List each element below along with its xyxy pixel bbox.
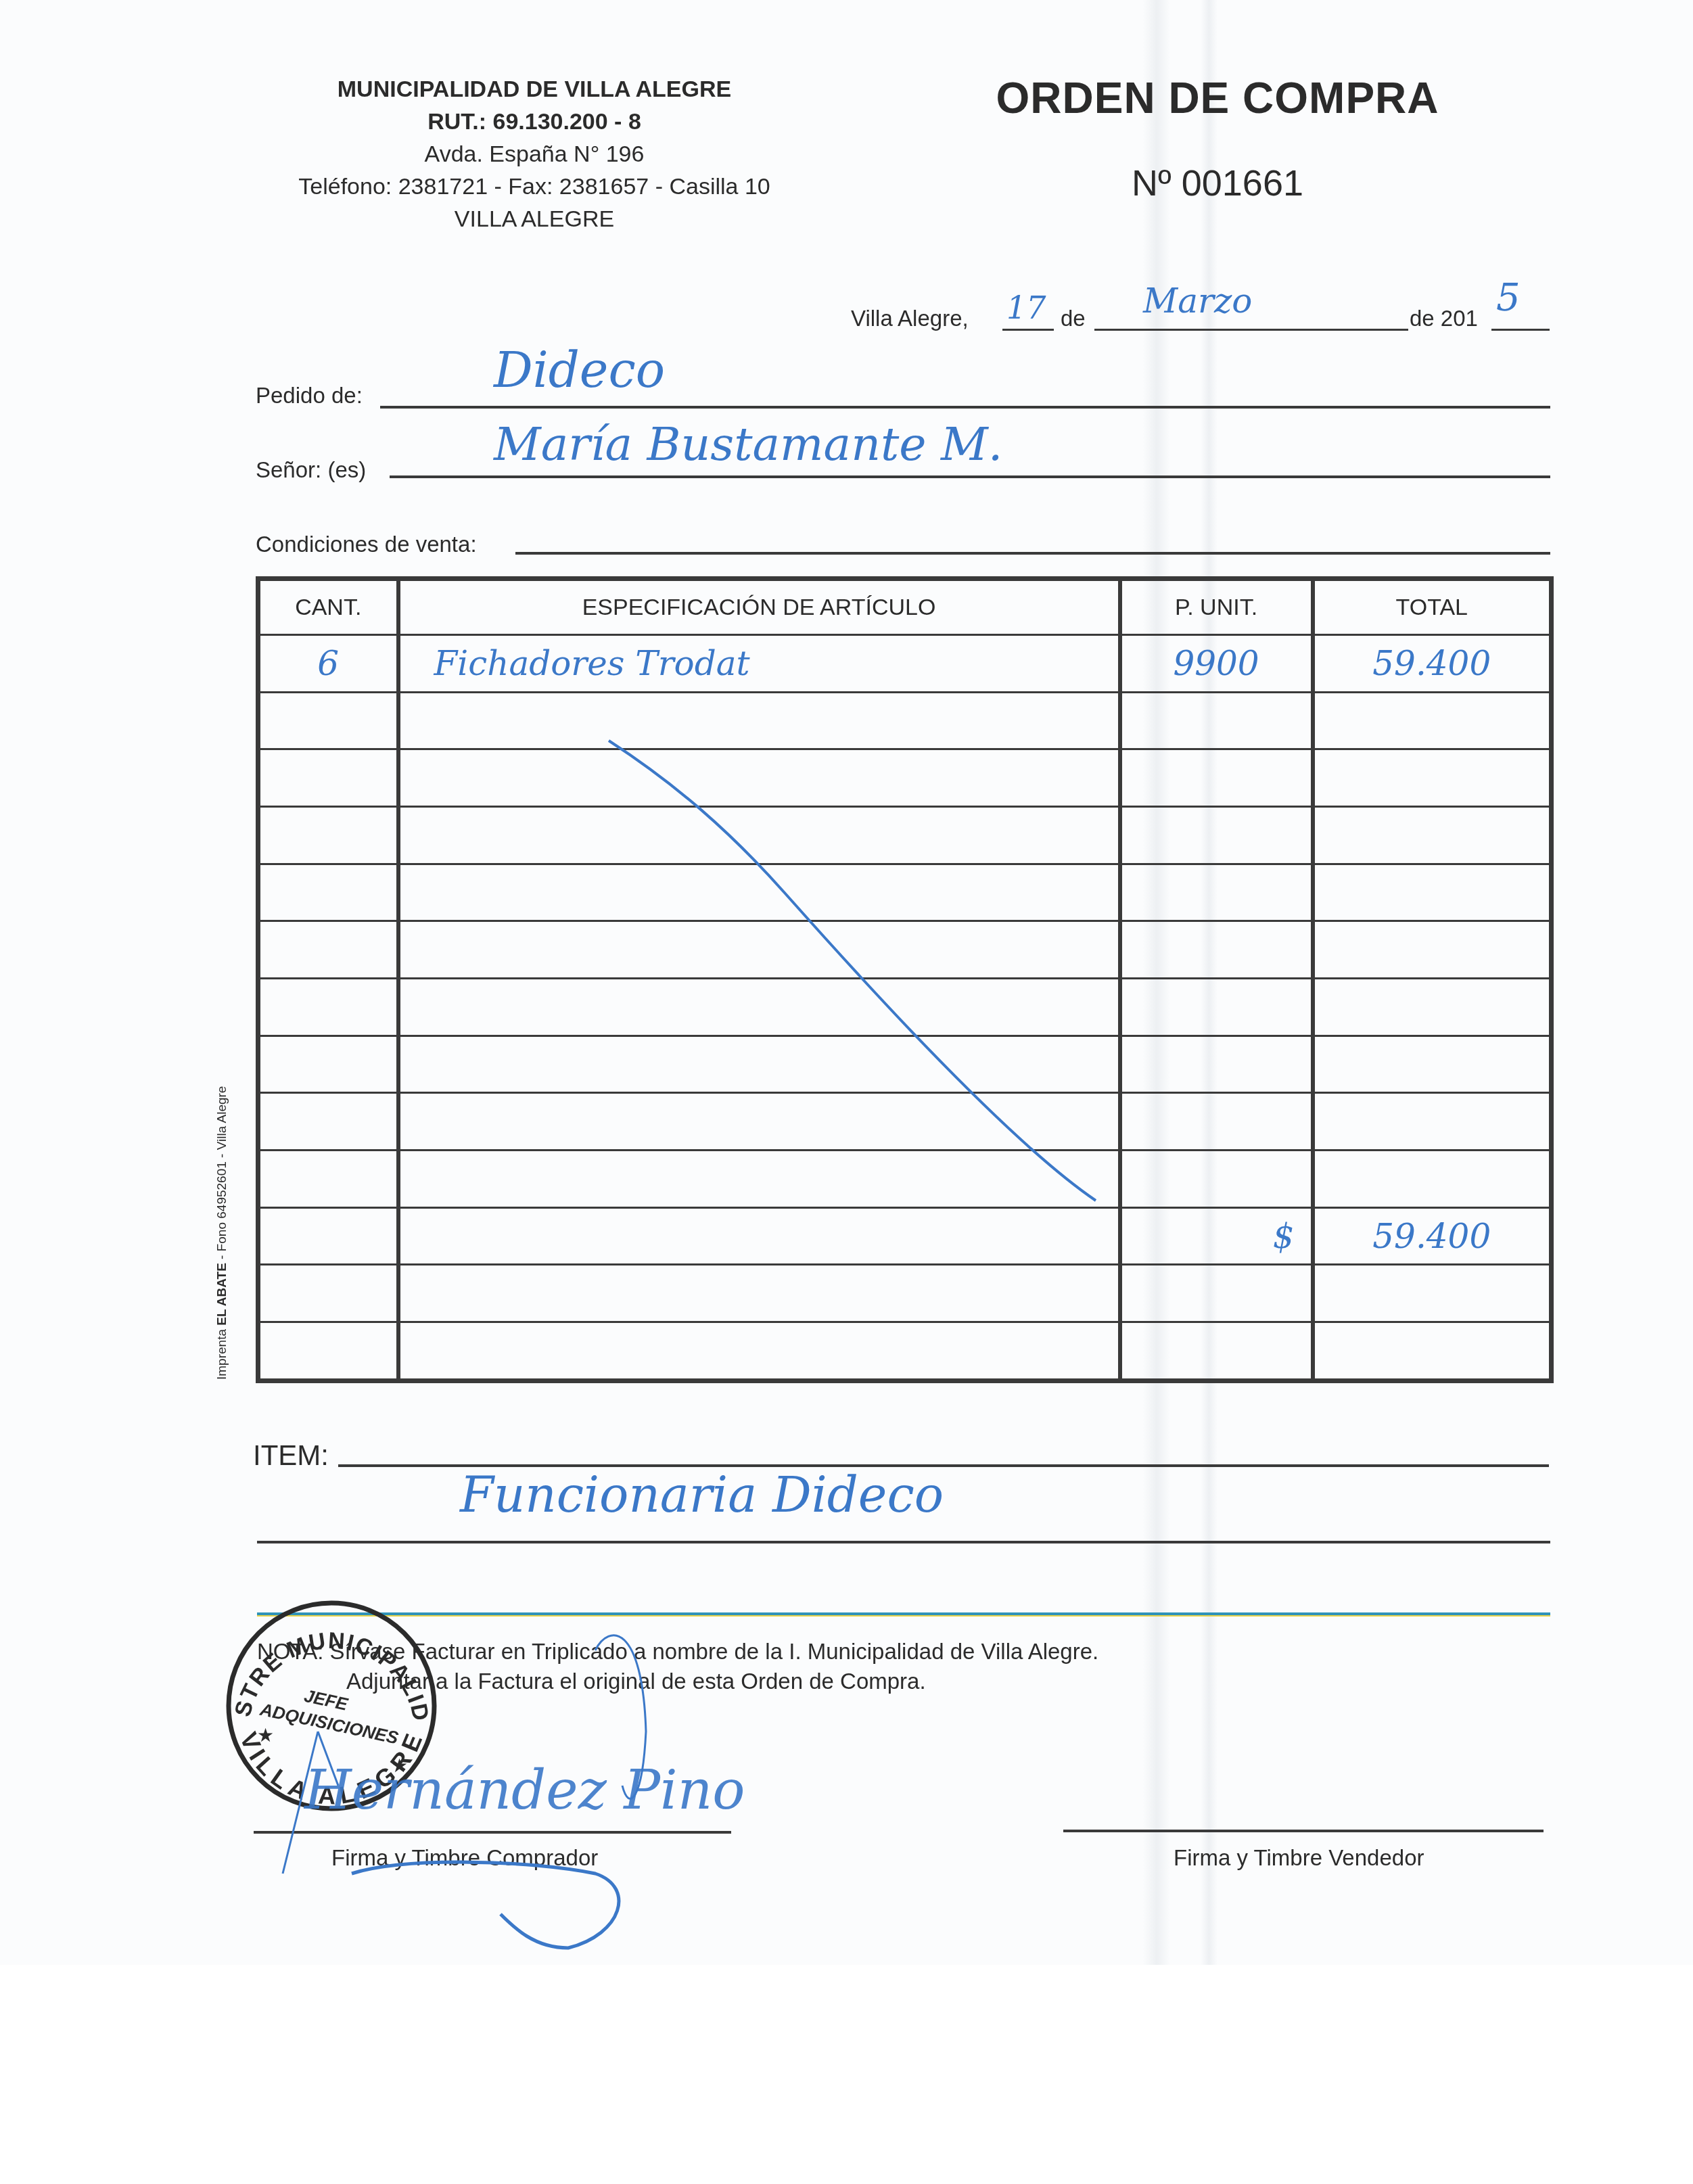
pedido-de-underline [380, 406, 1550, 409]
cell-cant[interactable] [258, 864, 398, 921]
cell-total[interactable] [1313, 692, 1552, 749]
cell-cant[interactable] [258, 1322, 398, 1381]
cell-cant[interactable] [258, 749, 398, 807]
date-month-value[interactable]: Marzo [1143, 281, 1252, 321]
cell-cant[interactable] [258, 979, 398, 1036]
cell-p-unit[interactable] [1120, 979, 1313, 1036]
cell-total[interactable]: 59.400 [1313, 635, 1552, 693]
date-year-value[interactable]: 5 [1496, 276, 1521, 320]
cell-total[interactable] [1313, 921, 1552, 979]
issuer-block: MUNICIPALIDAD DE VILLA ALEGRE RUT.: 69.1… [243, 73, 825, 235]
cell-p-unit[interactable] [1120, 1151, 1313, 1208]
cell-p-unit[interactable] [1120, 864, 1313, 921]
date-day-value[interactable]: 17 [1006, 289, 1046, 326]
buyer-signature-label: Firma y Timbre Comprador [331, 1845, 598, 1871]
printer-imprint-suffix: - Fono 64952601 - Villa Alegre [215, 1086, 229, 1263]
issuer-rut: RUT.: 69.130.200 - 8 [243, 106, 825, 138]
cell-p-unit[interactable] [1120, 1322, 1313, 1381]
cell-p-unit[interactable] [1120, 921, 1313, 979]
cell-p-unit[interactable] [1120, 1093, 1313, 1151]
table-row [258, 692, 1552, 749]
item-underline-2 [257, 1541, 1550, 1543]
cell-cant[interactable] [258, 1265, 398, 1322]
cell-especificacion[interactable] [398, 979, 1120, 1036]
item-value[interactable]: Funcionaria Dideco [460, 1466, 944, 1523]
table-row: $59.400 [258, 1207, 1552, 1265]
issuer-city: VILLA ALEGRE [243, 203, 825, 235]
table-row [258, 1322, 1552, 1381]
condiciones-label: Condiciones de venta: [256, 532, 477, 557]
buyer-signature: Hernández Pino [304, 1759, 745, 1821]
table-body: 6 Fichadores Trodat 9900 59.400 $59.400 [258, 635, 1552, 1381]
buyer-signature-line [254, 1831, 731, 1834]
cell-cant[interactable] [258, 1151, 398, 1208]
cell-total[interactable] [1313, 1036, 1552, 1093]
cell-especificacion[interactable] [398, 1265, 1120, 1322]
cell-total[interactable] [1313, 864, 1552, 921]
date-place-label: Villa Alegre, [851, 306, 969, 331]
seller-signature-line [1063, 1830, 1544, 1832]
table-row [258, 921, 1552, 979]
table-row [258, 979, 1552, 1036]
issuer-name: MUNICIPALIDAD DE VILLA ALEGRE [243, 73, 825, 106]
senor-value[interactable]: María Bustamante M. [494, 418, 1002, 471]
cell-p-unit[interactable] [1120, 692, 1313, 749]
cell-especificacion[interactable] [398, 807, 1120, 864]
cell-especificacion[interactable]: Fichadores Trodat [398, 635, 1120, 693]
cell-total[interactable] [1313, 1151, 1552, 1208]
cell-total[interactable] [1313, 979, 1552, 1036]
printer-imprint: Imprenta EL ABATE - Fono 64952601 - Vill… [215, 1086, 230, 1380]
cell-cant[interactable]: 6 [258, 635, 398, 693]
cell-especificacion[interactable] [398, 1322, 1120, 1381]
printer-imprint-name: EL ABATE [215, 1263, 229, 1326]
cell-especificacion[interactable] [398, 1036, 1120, 1093]
issuer-address: Avda. España N° 196 [243, 138, 825, 170]
issuer-contact: Teléfono: 2381721 - Fax: 2381657 - Casil… [243, 170, 825, 203]
month-underline [1094, 329, 1408, 331]
cell-p-unit[interactable] [1120, 1036, 1313, 1093]
year-underline [1491, 329, 1550, 331]
document-title: ORDEN DE COMPRA [947, 73, 1488, 123]
seller-signature-label: Firma y Timbre Vendedor [1174, 1845, 1424, 1871]
senor-label: Señor: (es) [256, 457, 366, 483]
cell-cant[interactable] [258, 807, 398, 864]
table-row [258, 807, 1552, 864]
table-row [258, 1265, 1552, 1322]
printer-imprint-prefix: Imprenta [215, 1326, 229, 1380]
cell-p-unit[interactable] [1120, 1265, 1313, 1322]
cell-especificacion[interactable] [398, 1151, 1120, 1208]
header-p-unit: P. UNIT. [1120, 579, 1313, 635]
cell-total[interactable] [1313, 1265, 1552, 1322]
cell-total[interactable] [1313, 749, 1552, 807]
table-header-row: CANT. ESPECIFICACIÓN DE ARTÍCULO P. UNIT… [258, 579, 1552, 635]
items-table: CANT. ESPECIFICACIÓN DE ARTÍCULO P. UNIT… [256, 576, 1554, 1383]
day-underline [1002, 329, 1054, 331]
table-row [258, 864, 1552, 921]
senor-underline [390, 475, 1550, 478]
nota-divider [257, 1612, 1550, 1617]
cell-cant[interactable] [258, 692, 398, 749]
table-row: 6 Fichadores Trodat 9900 59.400 [258, 635, 1552, 693]
cell-total[interactable] [1313, 1322, 1552, 1381]
cell-cant[interactable] [258, 1093, 398, 1151]
pedido-de-value[interactable]: Dideco [494, 342, 665, 398]
grand-total[interactable]: 59.400 [1313, 1207, 1552, 1265]
cell-especificacion[interactable] [398, 1093, 1120, 1151]
table-row [258, 749, 1552, 807]
cell-total[interactable] [1313, 1093, 1552, 1151]
table-row [258, 1036, 1552, 1093]
order-number: Nº 001661 [947, 162, 1488, 204]
cell-cant[interactable] [258, 1207, 398, 1265]
total-currency-symbol[interactable]: $ [1120, 1207, 1313, 1265]
pedido-de-label: Pedido de: [256, 383, 363, 409]
header-cant: CANT. [258, 579, 398, 635]
cell-p-unit[interactable]: 9900 [1120, 635, 1313, 693]
table-row [258, 1151, 1552, 1208]
cell-total[interactable] [1313, 807, 1552, 864]
cell-especificacion[interactable] [398, 1207, 1120, 1265]
cell-especificacion[interactable] [398, 864, 1120, 921]
cell-cant[interactable] [258, 1036, 398, 1093]
cell-p-unit[interactable] [1120, 807, 1313, 864]
date-de-label-1: de [1061, 306, 1086, 331]
header-total: TOTAL [1313, 579, 1552, 635]
date-de-label-2: de 201 [1410, 306, 1478, 331]
cell-p-unit[interactable] [1120, 749, 1313, 807]
table-row [258, 1093, 1552, 1151]
cell-cant[interactable] [258, 921, 398, 979]
stamp-star-icon: ★ [257, 1725, 274, 1746]
cell-especificacion[interactable] [398, 692, 1120, 749]
header-especificacion: ESPECIFICACIÓN DE ARTÍCULO [398, 579, 1120, 635]
cell-especificacion[interactable] [398, 749, 1120, 807]
cell-especificacion[interactable] [398, 921, 1120, 979]
item-label: ITEM: [253, 1439, 329, 1472]
condiciones-underline [515, 552, 1550, 555]
